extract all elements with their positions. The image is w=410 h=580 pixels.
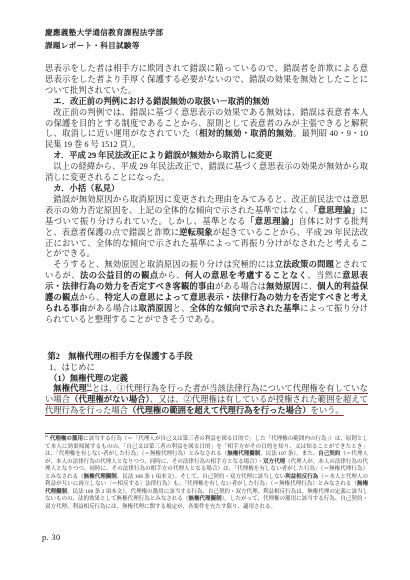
- text-run: 以上の経緯から、平成 29 年民法改正で、錯誤に基づく意思表示の効果が無効から取…: [45, 162, 368, 182]
- emphasized-text: 逆転現象: [179, 228, 213, 237]
- text-run: 思表示をした者は相手方に欺罔されて錯誤に陥っているので、錯誤者を詐欺による意思表…: [45, 64, 368, 95]
- emphasized-text: 法の公益目的の観点: [80, 271, 159, 280]
- emphasized-text: （代理権がない場合）: [70, 395, 150, 404]
- emphasized-text: 無権代理擬制: [84, 474, 117, 480]
- emphasized-text: エ．改正前の判例における錯誤無効の取扱い－取消的無効: [53, 97, 269, 106]
- text-run: と、: [173, 304, 190, 313]
- emphasized-text: 取消原因: [139, 304, 173, 313]
- text-run: から、: [159, 271, 185, 280]
- footnote-separator: [45, 433, 157, 434]
- emphasized-text: 無権代理: [53, 384, 86, 393]
- emphasized-text: 代理権の濫用: [50, 436, 83, 442]
- header-line-report: 課題レポート・科目試験等: [45, 39, 368, 52]
- heading-e: エ．改正前の判例における錯誤無効の取扱い－取消的無効: [45, 97, 368, 108]
- document-page: 慶應義塾大学通信教育課程法学部 課題レポート・科目試験等 思表示をした者は相手方…: [0, 0, 410, 580]
- text-run: がある場合は: [88, 304, 139, 313]
- text-run: 。民法 108 条 1 項本文）。そして、自己契約・双方代理に該当しない: [117, 474, 285, 480]
- emphasized-text: （1）無権代理の定義: [49, 374, 128, 383]
- emphasized-text: 「意思理論」: [313, 206, 359, 215]
- paragraph: そうすると、無効原因と取消原因の振り分けは究極的には立法政策の問題とされているが…: [45, 260, 368, 325]
- emphasized-text: オ．平成 29 年民法改正により錯誤が無効から取消しに変更: [53, 151, 272, 160]
- emphasized-text: 無権代理擬制: [227, 451, 260, 457]
- emphasized-text: 利益相反行為: [285, 474, 318, 480]
- emphasized-text: 双方代理: [263, 459, 285, 465]
- paragraph: 改正前の判例では、錯誤に基づく意思表示の効果である無効は、錯誤は表意者本人の保護…: [45, 108, 368, 152]
- emphasized-text: 無効原因: [266, 282, 300, 291]
- text-run: 。民法 107 条）。また、: [260, 451, 318, 457]
- emphasized-text: 無権代理擬制: [188, 496, 221, 502]
- paragraph-continued: 思表示をした者は相手方に欺罔されて錯誤に陥っているので、錯誤者を詐欺による意思表…: [45, 64, 368, 97]
- emphasized-text: 自己契約: [318, 451, 340, 457]
- footnote: 61 代理権の濫用に該当する行為（＝「代理人が自己又は第三者の利益を図る目的で」…: [45, 436, 368, 511]
- text-run: に、: [300, 282, 317, 291]
- header-line-university: 慶應義塾大学通信教育課程法学部: [45, 26, 368, 39]
- definition-paragraph: 無権代理61とは、①代理行為を行った者が当該法律行為について代理権を有していない…: [45, 384, 368, 417]
- heading-o: オ．平成 29 年民法改正により錯誤が無効から取消しに変更: [45, 151, 368, 162]
- section-heading: 第2 無権代理の相手方を保護する手段: [45, 352, 368, 363]
- paragraph: 錯誤が無効原因から取消原因に変更された理由をみてみると、改正前民法では意思表示の…: [45, 195, 368, 260]
- emphasized-text: （代理権の範囲を超えて代理行為を行った場合）: [128, 406, 311, 415]
- emphasized-text: 立法政策の問題: [275, 260, 335, 269]
- text-run: をいう。: [311, 406, 344, 415]
- text-run: から、: [79, 293, 105, 302]
- text-run: がある場合は: [215, 282, 266, 291]
- heading-ka: カ．小括（私見）: [45, 184, 368, 195]
- text-run: 、当然に: [307, 271, 342, 280]
- subheading-1: 1、はじめに: [45, 363, 368, 374]
- text-run: 1、はじめに: [49, 363, 95, 372]
- emphasized-text: 「意思理論」: [246, 217, 298, 226]
- emphasized-text: 何人の意思を考慮することなく: [185, 271, 307, 280]
- document-body: 思表示をした者は相手方に欺罔されて錯誤に陥っているので、錯誤者を詐欺による意思表…: [45, 64, 368, 417]
- emphasized-text: 第2 無権代理の相手方を保護する手段: [47, 352, 192, 361]
- emphasized-text: 相対的無効・取消的無効: [199, 129, 293, 138]
- paragraph: 以上の経緯から、平成 29 年民法改正で、錯誤に基づく意思表示の効果が無効から取…: [45, 162, 368, 184]
- subheading-1-1: （1）無権代理の定義: [45, 374, 368, 385]
- emphasized-text: 全体的な傾向で示された基準: [190, 304, 301, 313]
- text-run: そうすると、無効原因と取消原因の振り分けは究極的には: [53, 260, 274, 269]
- document-header: 慶應義塾大学通信教育課程法学部 課題レポート・科目試験等: [45, 26, 368, 52]
- emphasized-text: カ．小括（私見）: [53, 184, 119, 193]
- page-number: p. 30: [42, 532, 61, 542]
